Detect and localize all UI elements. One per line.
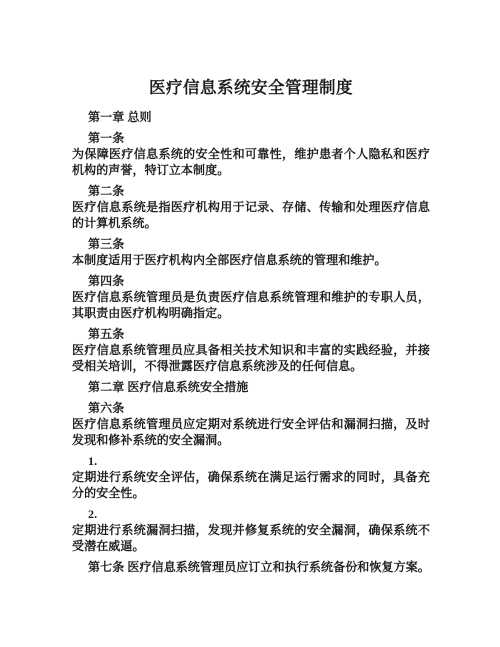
chapter-heading: 第二章 医疗信息系统安全措施 xyxy=(72,379,430,395)
article-block: 第二条医疗信息系统是指医疗机构用于记录、存储、传输和处理医疗信息的计算机系统。 xyxy=(72,183,430,231)
article-number: 第一条 xyxy=(72,130,430,146)
article-text: 医疗信息系统管理员应具备相关技术知识和丰富的实践经验，并接受相关培训，不得泄露医… xyxy=(72,342,430,374)
article-text: 医疗信息系统管理员是负责医疗信息系统管理和维护的专职人员，其职责由医疗机构明确指… xyxy=(72,289,430,321)
article-block: 第五条医疗信息系统管理员应具备相关技术知识和丰富的实践经验，并接受相关培训，不得… xyxy=(72,326,430,374)
article-number: 第四条 xyxy=(72,273,430,289)
document-title: 医疗信息系统安全管理制度 xyxy=(72,78,430,98)
article-number: 1. xyxy=(72,453,430,469)
article-text: 为保障医疗信息系统的安全性和可靠性，维护患者个人隐私和医疗机构的声誉，特订立本制… xyxy=(72,146,430,178)
article-text: 医疗信息系统是指医疗机构用于记录、存储、传输和处理医疗信息的计算机系统。 xyxy=(72,199,430,231)
article-number: 第三条 xyxy=(72,236,430,252)
article-text: 定期进行系统漏洞扫描，发现并修复系统的安全漏洞，确保系统不受潜在威逼。 xyxy=(72,522,430,554)
document-page: 医疗信息系统安全管理制度 第一章 总则第一条为保障医疗信息系统的安全性和可靠性，… xyxy=(0,0,500,647)
article-number: 第五条 xyxy=(72,326,430,342)
article-number: 第六条 xyxy=(72,400,430,416)
article-text: 本制度适用于医疗机构内全部医疗信息系统的管理和维护。 xyxy=(72,252,430,268)
article-block: 1.定期进行系统安全评估，确保系统在满足运行需求的同时，具备充分的安全性。 xyxy=(72,453,430,501)
article-inline: 第七条 医疗信息系统管理员应订立和执行系统备份和恢复方案。 xyxy=(72,559,430,575)
chapter-heading: 第一章 总则 xyxy=(72,109,430,125)
document-body: 第一章 总则第一条为保障医疗信息系统的安全性和可靠性，维护患者个人隐私和医疗机构… xyxy=(72,109,430,575)
article-block: 第六条医疗信息系统管理员应定期对系统进行安全评估和漏洞扫描，及时发现和修补系统的… xyxy=(72,400,430,448)
article-number: 第二条 xyxy=(72,183,430,199)
article-block: 第四条医疗信息系统管理员是负责医疗信息系统管理和维护的专职人员，其职责由医疗机构… xyxy=(72,273,430,321)
article-block: 第一条为保障医疗信息系统的安全性和可靠性，维护患者个人隐私和医疗机构的声誉，特订… xyxy=(72,130,430,178)
article-block: 2.定期进行系统漏洞扫描，发现并修复系统的安全漏洞，确保系统不受潜在威逼。 xyxy=(72,506,430,554)
article-number: 2. xyxy=(72,506,430,522)
article-text: 医疗信息系统管理员应定期对系统进行安全评估和漏洞扫描，及时发现和修补系统的安全漏… xyxy=(72,416,430,448)
article-text: 定期进行系统安全评估，确保系统在满足运行需求的同时，具备充分的安全性。 xyxy=(72,469,430,501)
article-block: 第三条本制度适用于医疗机构内全部医疗信息系统的管理和维护。 xyxy=(72,236,430,268)
